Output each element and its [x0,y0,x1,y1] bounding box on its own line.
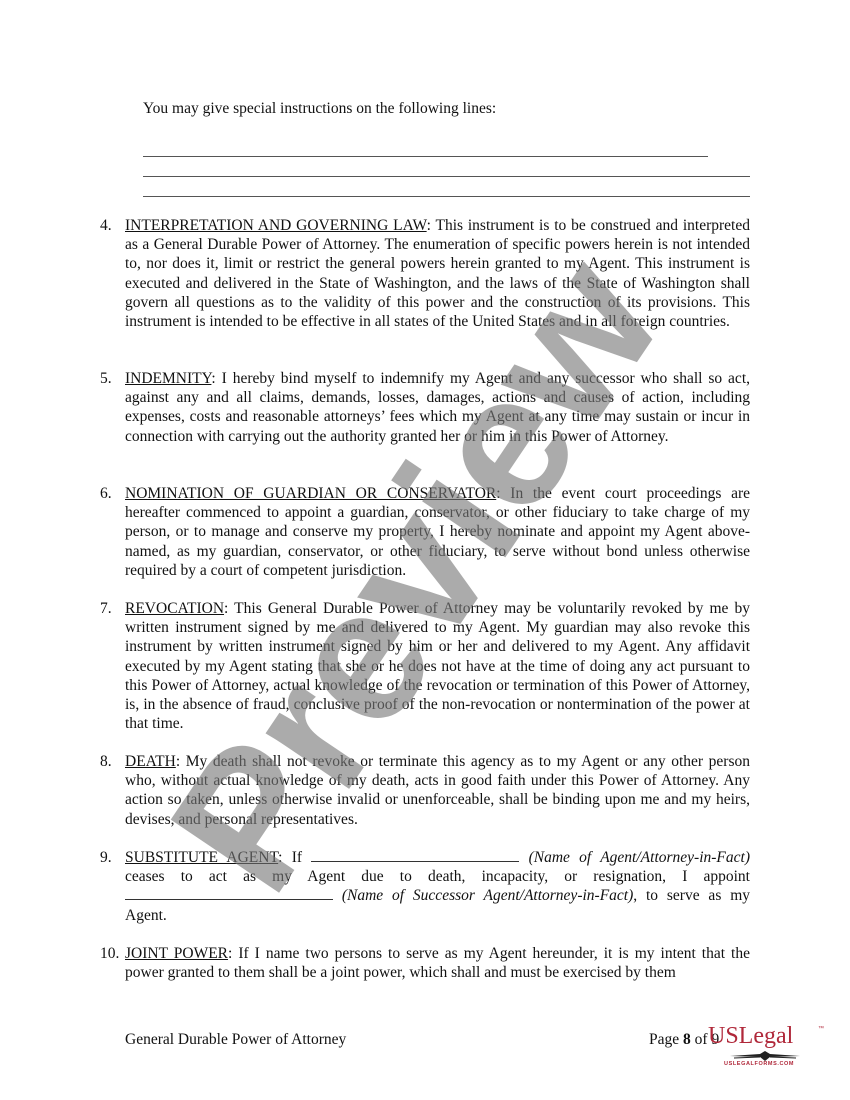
clause-revocation: 7. REVOCATION: This General Durable Powe… [100,599,750,733]
clause-heading: INDEMNITY [125,370,211,387]
clause-nomination: 6. NOMINATION OF GUARDIAN OR CONSERVATOR… [100,484,750,580]
clause-heading: REVOCATION [125,600,224,617]
clause-heading: JOINT POWER [125,945,228,962]
special-instructions-label: You may give special instructions on the… [143,100,496,118]
successor-agent-name-blank[interactable] [125,887,333,900]
clause-text: : My death shall not revoke or terminate… [125,753,750,828]
clause-number: 9. [100,848,112,867]
successor-agent-name-label: (Name of Successor Agent/Attorney-in-Fac… [342,887,633,904]
clause-number: 7. [100,599,112,618]
clause-text: : If [278,849,311,866]
clause-indemnity: 5. INDEMNITY: I hereby bind myself to in… [100,369,750,446]
instructions-line-3[interactable] [143,196,750,197]
agent-name-blank[interactable] [311,849,519,862]
instructions-line-1[interactable] [143,156,708,157]
eagle-wings-icon [730,1051,800,1061]
clause-interpretation: 4. INTERPRETATION AND GOVERNING LAW: Thi… [100,216,750,331]
agent-name-label: (Name of Agent/Attorney-in-Fact) [529,849,750,866]
clause-number: 5. [100,369,112,388]
document-page: You may give special instructions on the… [0,0,850,1100]
logo-url: USLEGALFORMS.COM [724,1061,794,1067]
logo-trademark: ™ [818,1026,824,1032]
clause-text: : I hereby bind myself to indemnify my A… [125,370,750,445]
current-page: 8 [683,1031,691,1048]
clause-number: 10. [100,944,119,963]
page-prefix: Page [649,1031,683,1048]
clause-number: 8. [100,752,112,771]
instructions-line-2[interactable] [143,176,750,177]
clause-number: 4. [100,216,112,235]
clause-joint-power: 10. JOINT POWER: If I name two persons t… [100,944,750,982]
clause-heading: NOMINATION OF GUARDIAN OR CONSERVATOR [125,485,496,502]
clause-heading: DEATH [125,753,176,770]
clause-substitute-agent: 9. SUBSTITUTE AGENT: If (Name of Agent/A… [100,848,750,925]
clause-heading: SUBSTITUTE AGENT [125,849,278,866]
footer-document-title: General Durable Power of Attorney [125,1031,346,1049]
clause-text: ceases to act as my Agent due to death, … [125,868,750,885]
clause-number: 6. [100,484,112,503]
clause-death: 8. DEATH: My death shall not revoke or t… [100,752,750,829]
clause-heading: INTERPRETATION AND GOVERNING LAW [125,217,427,234]
logo-brand: USLegal [708,1024,793,1048]
clause-text: : This General Durable Power of Attorney… [125,600,750,732]
uslegal-logo: USLegal ™ USLEGALFORMS.COM [708,1024,823,1070]
